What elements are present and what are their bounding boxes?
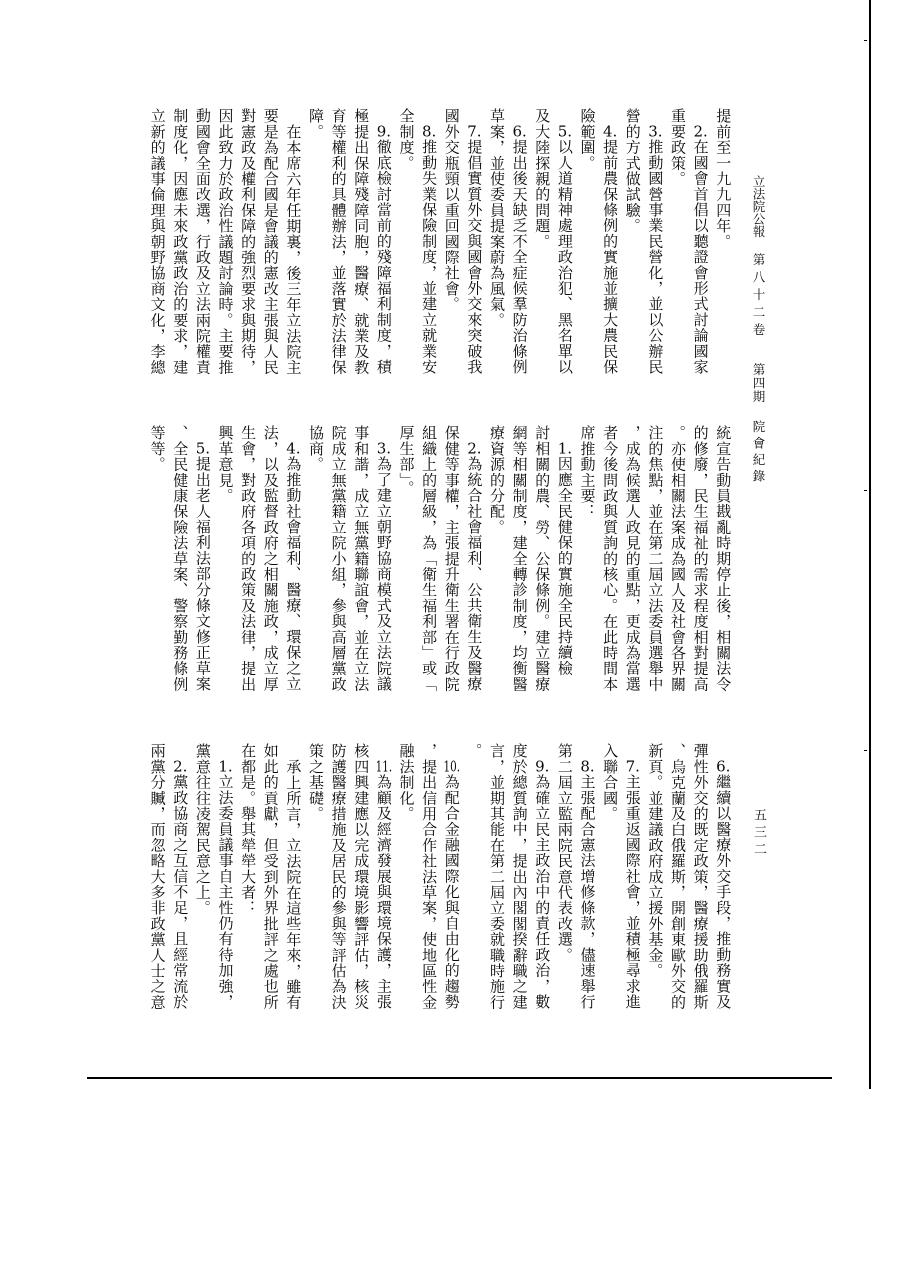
margin-tick-mark	[864, 750, 867, 751]
page-number: 五三二	[750, 808, 766, 859]
text-column: 院成立無黨籍立院小組，參與高層黨政	[327, 425, 350, 697]
column-text: 徹底檢討當前的殘障福利制度，積	[375, 139, 393, 375]
item-number: 8.	[579, 759, 597, 774]
text-column: 育等權利的具體辦法，並落實於法律保	[327, 108, 350, 380]
text-column: 黨意往往凌駕民意之上。	[191, 743, 214, 1015]
column-text: 在國會首倡以聽證會形式討論國家	[692, 139, 710, 375]
item-number: 1.	[217, 759, 235, 774]
gazette-page: 立法院公報 第八十二卷 第四期 院會紀錄 五三二 提前至一九九四年。 2.在國會…	[0, 0, 899, 1280]
item-number: 11.	[375, 759, 393, 774]
column-text: 第二屆立監兩院民意代表改選。	[556, 743, 574, 963]
column-text: 新頁。並建議政府成立援外基金。	[646, 743, 664, 979]
column-text: 為統合社會福利、公共衛生及醫療	[465, 456, 483, 692]
text-column: 障。	[304, 108, 327, 380]
column-text: 在都是。舉其犖犖大者：	[239, 743, 257, 916]
margin-tick-mark	[864, 40, 867, 41]
column-text: 組織上的層級，為「衛生福利部」或「	[420, 425, 438, 692]
text-column: 提前至一九九四年。	[712, 108, 735, 380]
column-text: 為確立民主政治中的責任政治，數	[533, 774, 551, 1010]
column-text: 、烏克蘭及白俄羅斯，開創東歐外交的	[669, 743, 687, 1010]
column-text: 興革意見。	[217, 425, 235, 504]
issue-label: 第四期	[750, 363, 766, 404]
text-column: 等等。	[146, 425, 169, 697]
text-column: 8.推動失業保險制度，並建立就業安	[418, 108, 441, 380]
column-text: 障。	[307, 108, 325, 139]
column-text: 度於總質詢中，提出內閣閣揆辭職之建	[511, 743, 529, 1010]
text-column: 新頁。並建議政府成立援外基金。	[644, 743, 667, 1015]
text-column: 對憲政及權利保障的強烈要求與期待，	[237, 108, 260, 380]
text-column: 彈性外交的既定政策，醫療援助俄羅斯	[689, 743, 712, 1015]
column-text: 主張配合憲法增修條款，儘速舉行	[579, 774, 597, 1010]
text-column: 在都是。舉其犖犖大者：	[237, 743, 260, 1015]
text-column: 立新的議事倫理與朝野協商文化，李總	[146, 108, 169, 380]
footer-rule	[87, 1077, 832, 1079]
item-number: 6.	[714, 759, 732, 774]
column-text: 育等權利的具體辦法，並落實於法律保	[330, 108, 348, 375]
text-column: 5.提出老人福利法部分條文修正草案	[191, 425, 214, 697]
text-column: 生會，對政府各項的政策及法律，提出	[237, 425, 260, 697]
column-text: 全制度。	[398, 108, 416, 171]
column-text: ，成為候選人政見的重點，更成為當選	[624, 425, 642, 692]
text-column: 入聯合國。	[599, 743, 622, 1015]
column-text: 融法制化。	[398, 743, 416, 822]
text-column: 度於總質詢中，提出內閣閣揆辭職之建	[508, 743, 531, 1015]
item-number: 4.	[284, 441, 302, 456]
text-column: 7.提倡實質外交與國會外交來突破我	[463, 108, 486, 380]
text-column: 言，並期其能在第二屆立委就職時施行	[485, 743, 508, 1015]
text-column: 兩黨分贓，而忽略大多非政黨人士之意	[146, 743, 169, 1015]
text-column: 3.推動國營事業民營化，並以公辦民	[644, 108, 667, 380]
text-column: 4.提前農保條例的實施並擴大農民保	[599, 108, 622, 380]
column-text: 及大陸探親的問題。	[533, 108, 551, 249]
text-column: 1.立法委員議事自主性仍有待加強，	[214, 743, 237, 1015]
text-column: 法，以及監督政府之相關施政，成立厚	[259, 425, 282, 697]
column-text: 營的方式做試驗。	[624, 108, 642, 234]
column-text: 席推動主要：	[579, 425, 597, 519]
column-text: 重要政策。	[669, 108, 687, 187]
item-number: 8.	[420, 124, 438, 139]
item-number: 6.	[511, 124, 529, 139]
item-number: 9.	[375, 124, 393, 139]
column-text: 因應全民健保的實施全民持續檢	[556, 456, 574, 676]
column-text: 法，以及監督政府之相關施政，成立厚	[262, 425, 280, 692]
text-column: 、烏克蘭及白俄羅斯，開創東歐外交的	[666, 743, 689, 1015]
column-text: 提前至一九九四年。	[714, 108, 732, 249]
column-text: 提出後天缺乏不全症候羣防治條例	[511, 139, 529, 375]
text-column: 極提出保障殘障同胞，醫療、就業及教	[350, 108, 373, 380]
text-column: ，提出信用合作社法草案，使地區性金	[418, 743, 441, 1015]
column-text: 生會，對政府各項的政策及法律，提出	[239, 425, 257, 692]
column-text: 、全民健康保險法草案、警察勤務條例	[171, 425, 189, 692]
column-text: 院成立無黨籍立院小組，參與高層黨政	[330, 425, 348, 692]
text-column: 2.為統合社會福利、公共衛生及醫療	[463, 425, 486, 697]
text-column: 10.為配合金融國際化與自由化的趨勢	[440, 743, 463, 1015]
column-text: 為配合金融國際化與自由化的趨勢	[443, 774, 461, 1010]
text-column: 融法制化。	[395, 743, 418, 1015]
text-column: 草案，並使委員提案蔚為風氣。	[485, 108, 508, 380]
column-text: 討相關的農、勞、公保條例。建立醫療	[533, 425, 551, 692]
column-text: 立新的議事倫理與朝野協商文化，李總	[149, 108, 167, 375]
item-number: 3.	[646, 124, 664, 139]
page-edge-line	[869, 0, 871, 1089]
text-column: 注的焦點，並在第二屆立法委員選舉中	[644, 425, 667, 697]
text-column: 療資源的分配。	[485, 425, 508, 697]
column-text: 彈性外交的既定政策，醫療援助俄羅斯	[692, 743, 710, 1010]
column-text: 。亦使相關法案成為國人及社會各界關	[669, 425, 687, 692]
column-text: 黨意往往凌駕民意之上。	[194, 743, 212, 916]
column-text: 統宣告動員戡亂時期停止後，相關法令	[714, 425, 732, 692]
column-text: 防護醫療措施及居民的參與等評估為決	[330, 743, 348, 1010]
text-column: 網等相關制度，建全轉診制度，均衡醫	[508, 425, 531, 697]
text-column: 討相關的農、勞、公保條例。建立醫療	[531, 425, 554, 697]
column-text: 提出老人福利法部分條文修正草案	[194, 456, 212, 692]
item-number: 2.	[465, 441, 483, 456]
lower-tier: 6.繼續以醫療外交手段，推動務實及 彈性外交的既定政策，醫療援助俄羅斯 、烏克蘭…	[146, 743, 735, 1015]
text-column: 承上所言，立法院在這些年來，雖有	[282, 743, 305, 1015]
item-number: 9.	[533, 759, 551, 774]
text-column: 2.在國會首倡以聽證會形式討論國家	[689, 108, 712, 380]
text-column: 策之基礎。	[304, 743, 327, 1015]
column-text: 的修廢，民生福祉的需求程度相對提高	[692, 425, 710, 692]
column-text: 推動失業保險制度，並建立就業安	[420, 139, 438, 375]
item-number: 1.	[556, 441, 574, 456]
column-text: 要是為配合國是會議的憲改主張與人民	[262, 108, 280, 375]
text-column: 9.為確立民主政治中的責任政治，數	[531, 743, 554, 1015]
text-column: 及大陸探親的問題。	[531, 108, 554, 380]
margin-tick-mark	[864, 490, 867, 491]
upper-tier: 提前至一九九四年。 2.在國會首倡以聽證會形式討論國家 重要政策。 3.推動國營…	[146, 108, 735, 380]
text-column: 興革意見。	[214, 425, 237, 697]
text-column: 在本席六年任期裏，後三年立法院主	[282, 108, 305, 380]
column-text: 在本席六年任期裏，後三年立法院主	[284, 124, 302, 375]
text-column: 厚生部」。	[395, 425, 418, 697]
text-column: 因此致力於政治性議題討論時。主要推	[214, 108, 237, 380]
column-text: 黨政協商之互信不足，且經常流於	[171, 774, 189, 1010]
column-text: 者今後問政與質詢的核心。在此時間本	[601, 425, 619, 692]
item-number: 3.	[375, 441, 393, 456]
column-text: 策之基礎。	[307, 743, 325, 822]
item-number: 7.	[624, 759, 642, 774]
column-text: 極提出保障殘障同胞，醫療、就業及教	[352, 108, 370, 375]
text-column: 防護醫療措施及居民的參與等評估為決	[327, 743, 350, 1015]
item-number: 7.	[465, 124, 483, 139]
item-number: 4.	[601, 124, 619, 139]
column-text: 厚生部」。	[398, 425, 416, 496]
column-text: 推動國營事業民營化，並以公辦民	[646, 139, 664, 375]
text-column: 組織上的層級，為「衛生福利部」或「	[418, 425, 441, 697]
text-column: 。亦使相關法案成為國人及社會各界關	[666, 425, 689, 697]
text-column: 國外交瓶頸以重回國際社會。	[440, 108, 463, 380]
column-text: 協商。	[307, 425, 325, 472]
column-text: 以人道精神處理政治犯、黑名單以	[556, 139, 574, 375]
column-text: 主張重返國際社會，並積極尋求進	[624, 774, 642, 1010]
item-number: 2.	[171, 759, 189, 774]
column-text: ，提出信用合作社法草案，使地區性金	[420, 743, 438, 1010]
column-text: 國外交瓶頸以重回國際社會。	[443, 108, 461, 312]
text-column: 要是為配合國是會議的憲改主張與人民	[259, 108, 282, 380]
column-text: 對憲政及權利保障的強烈要求與期待，	[239, 108, 257, 375]
text-column: 險範圍。	[576, 108, 599, 380]
text-column: 3.為了建立朝野協商模式及立法院議	[372, 425, 395, 697]
column-text: 承上所言，立法院在這些年來，雖有	[284, 759, 302, 1010]
column-text: 保健等事權，主張提升衛生署在行政院	[443, 425, 461, 692]
column-text: 為了建立朝野協商模式及立法院議	[375, 456, 393, 692]
text-column: 統宣告動員戡亂時期停止後，相關法令	[712, 425, 735, 697]
item-number: 2.	[692, 124, 710, 139]
text-column: 、全民健康保險法草案、警察勤務條例	[169, 425, 192, 697]
column-text: 兩黨分贓，而忽略大多非政黨人士之意	[149, 743, 167, 1010]
text-column: 11.為顧及經濟發展與環境保護，主張	[372, 743, 395, 1015]
column-text: 動國會全面改選，行政及立法兩院權責	[194, 108, 212, 375]
text-column: 協商。	[304, 425, 327, 697]
text-column: 5.以人道精神處理政治犯、黑名單以	[553, 108, 576, 380]
text-column: 2.黨政協商之互信不足，且經常流於	[169, 743, 192, 1015]
section-title: 院會紀錄	[750, 420, 766, 486]
text-column: 如此的貢獻，但受到外界批評之處也所	[259, 743, 282, 1015]
text-column: 席推動主要：	[576, 425, 599, 697]
text-column: 保健等事權，主張提升衛生署在行政院	[440, 425, 463, 697]
text-column: 6.提出後天缺乏不全症候羣防治條例	[508, 108, 531, 380]
text-column: 動國會全面改選，行政及立法兩院權責	[191, 108, 214, 380]
column-text: 事和諧，成立無黨籍聯誼會，並在立法	[352, 425, 370, 692]
publication-title: 立法院公報	[750, 175, 766, 238]
column-text: 言，並期其能在第二屆立委就職時施行	[488, 743, 506, 1010]
volume-label: 第八十二卷	[750, 253, 766, 341]
text-column: 全制度。	[395, 108, 418, 380]
column-text: 等等。	[149, 425, 167, 472]
item-number: 5.	[194, 441, 212, 456]
text-column: 6.繼續以醫療外交手段，推動務實及	[712, 743, 735, 1015]
text-column: 者今後問政與質詢的核心。在此時間本	[599, 425, 622, 697]
text-column: 8.主張配合憲法增修條款，儘速舉行	[576, 743, 599, 1015]
column-text: 制度化，因應未來政黨政治的要求，建	[171, 108, 189, 375]
column-text: 險範圍。	[579, 108, 597, 171]
column-text: 為顧及經濟發展與環境保護，主張	[375, 774, 393, 1010]
column-text: 立法委員議事自主性仍有待加強，	[217, 774, 235, 1010]
text-column: 1.因應全民健保的實施全民持續檢	[553, 425, 576, 697]
text-column: 核四興建應以完成環境影響評估，核災	[350, 743, 373, 1015]
column-text: 。	[465, 743, 483, 759]
text-column: 9.徹底檢討當前的殘障福利制度，積	[372, 108, 395, 380]
column-text: 因此致力於政治性議題討論時。主要推	[217, 108, 235, 375]
text-column: 的修廢，民生福祉的需求程度相對提高	[689, 425, 712, 697]
item-number: 5.	[556, 124, 574, 139]
column-text: 提前農保條例的實施並擴大農民保	[601, 139, 619, 375]
column-text: 如此的貢獻，但受到外界批評之處也所	[262, 743, 280, 1010]
column-text: 療資源的分配。	[488, 425, 506, 535]
column-text: 為推動社會福利、醫療、環保之立	[284, 456, 302, 692]
text-column: 7.主張重返國際社會，並積極尋求進	[621, 743, 644, 1015]
column-text: 網等相關制度，建全轉診制度，均衡醫	[511, 425, 529, 692]
middle-tier: 統宣告動員戡亂時期停止後，相關法令 的修廢，民生福祉的需求程度相對提高 。亦使相…	[146, 425, 735, 697]
column-text: 繼續以醫療外交手段，推動務實及	[714, 774, 732, 1010]
text-column: 4.為推動社會福利、醫療、環保之立	[282, 425, 305, 697]
text-column: 重要政策。	[666, 108, 689, 380]
text-column: 制度化，因應未來政黨政治的要求，建	[169, 108, 192, 380]
text-column: 第二屆立監兩院民意代表改選。	[553, 743, 576, 1015]
column-text: 注的焦點，並在第二屆立法委員選舉中	[646, 425, 664, 692]
column-text: 提倡實質外交與國會外交來突破我	[465, 139, 483, 375]
text-column: 事和諧，成立無黨籍聯誼會，並在立法	[350, 425, 373, 697]
text-column: ，成為候選人政見的重點，更成為當選	[621, 425, 644, 697]
text-column: 營的方式做試驗。	[621, 108, 644, 380]
text-column: 。	[463, 743, 486, 1015]
item-number: 10.	[443, 759, 461, 774]
column-text: 核四興建應以完成環境影響評估，核災	[352, 743, 370, 1010]
column-text: 草案，並使委員提案蔚為風氣。	[488, 108, 506, 328]
column-text: 入聯合國。	[601, 743, 619, 822]
